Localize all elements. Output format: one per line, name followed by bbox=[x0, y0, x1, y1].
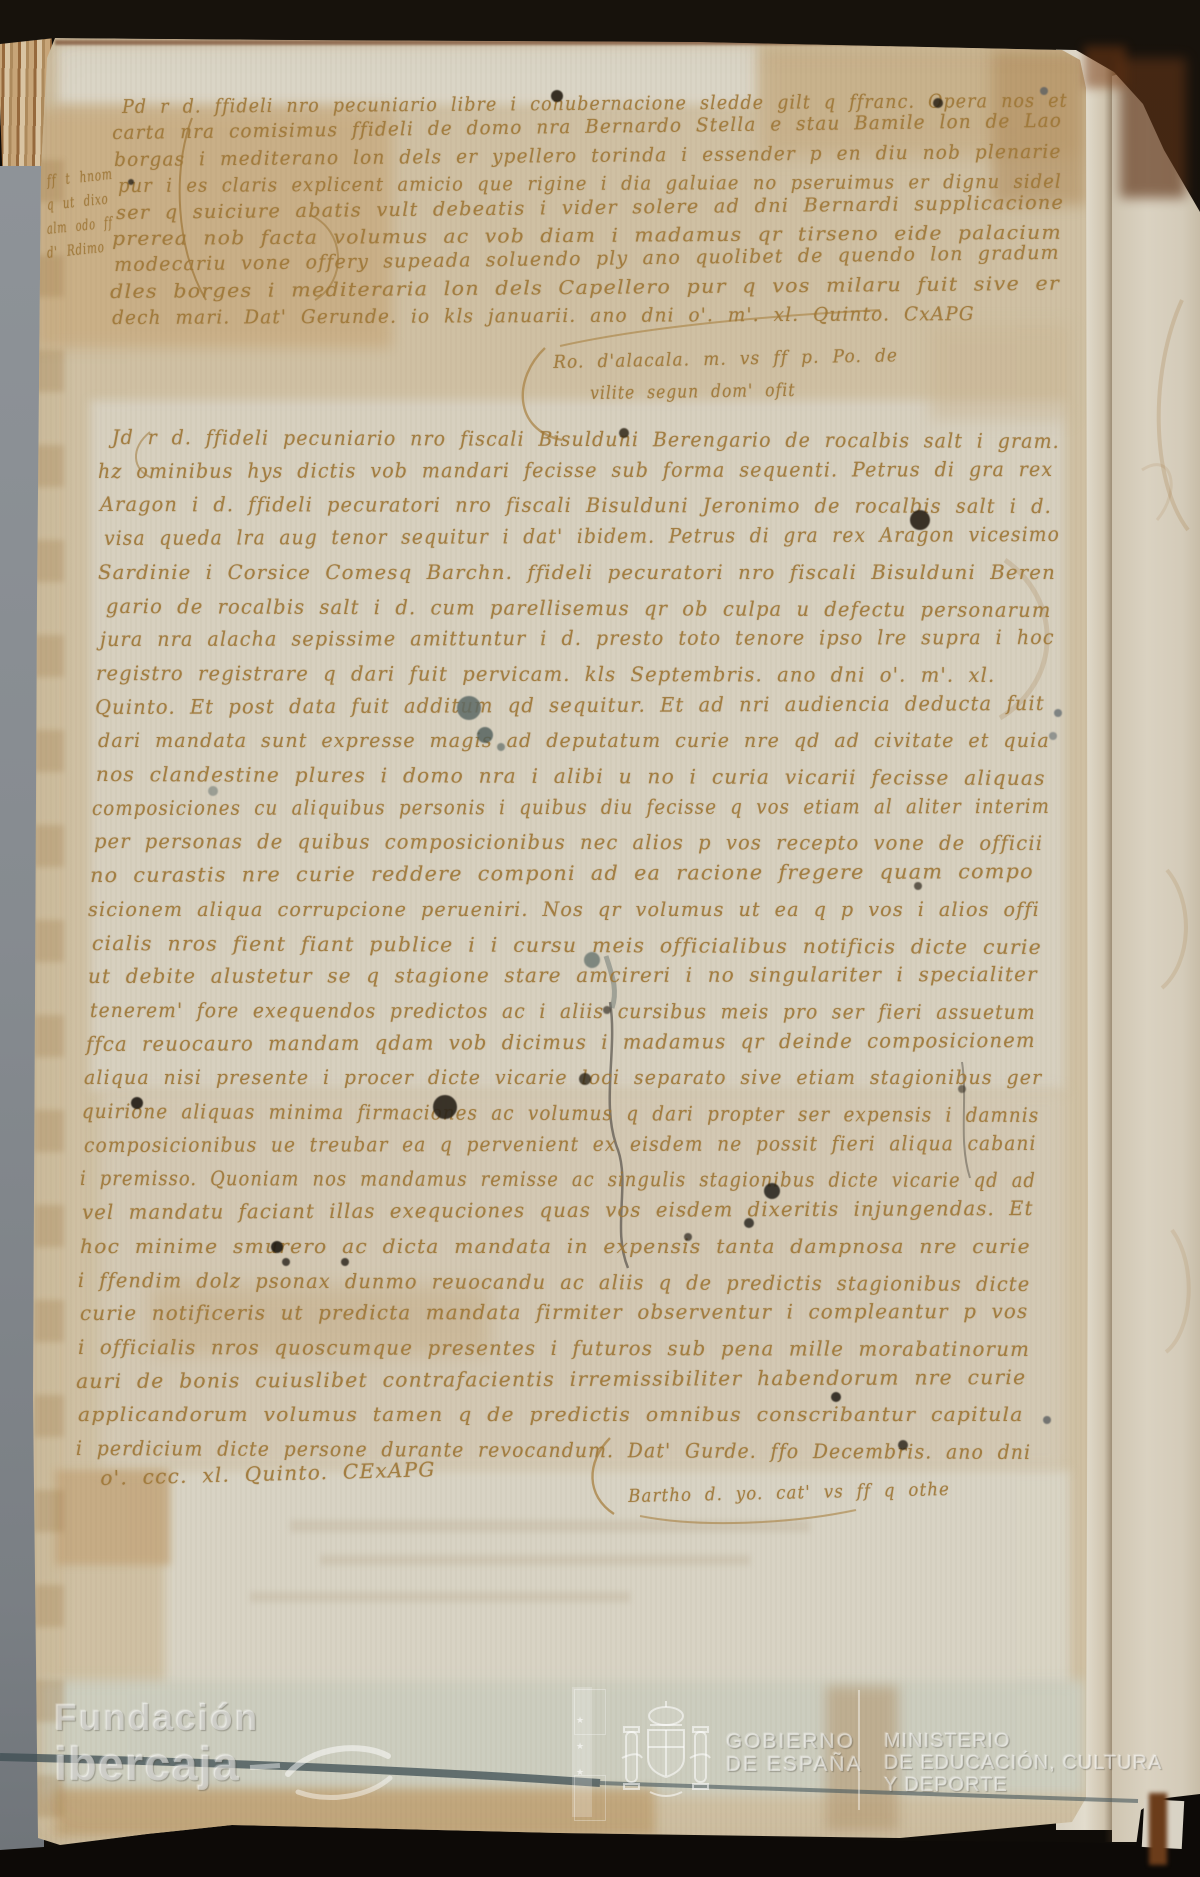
facing-page bbox=[1112, 50, 1200, 1842]
ministerio-watermark-line3: Y DEPORTE bbox=[884, 1774, 1008, 1797]
star-icon: ★ bbox=[576, 1742, 584, 1752]
ministerio-watermark-line1: MINISTERIO bbox=[884, 1730, 1011, 1753]
star-icon: ★ bbox=[576, 1768, 584, 1778]
ibercaja-watermark-line2: ibercaja bbox=[54, 1736, 240, 1791]
ministerio-watermark-line2: DE EDUCACIÓN, CULTURA bbox=[884, 1752, 1162, 1775]
logo-ribbon-box-bottom bbox=[574, 1775, 606, 1821]
gobierno-watermark-line1: GOBIERNO bbox=[726, 1730, 855, 1754]
spain-coat-of-arms-icon bbox=[620, 1700, 712, 1800]
page-edge-vignette bbox=[0, 0, 1200, 1877]
facing-page-showthrough-marks bbox=[1112, 50, 1200, 1842]
star-icon: ★ bbox=[576, 1716, 584, 1726]
binding-edge-bottomright bbox=[1149, 1793, 1167, 1865]
gobierno-watermark-line2: DE ESPAÑA bbox=[726, 1753, 863, 1777]
burn-smudge-topright bbox=[1120, 58, 1186, 198]
manuscript-page: ff t hnomq ut dixoalm odo ffd' RdimoPd r… bbox=[0, 0, 1200, 1877]
watermark-divider-line bbox=[858, 1690, 860, 1810]
ibercaja-swoosh-icon bbox=[282, 1740, 397, 1804]
manuscript-photo-stage: ff t hnomq ut dixoalm odo ffd' RdimoPd r… bbox=[0, 0, 1200, 1877]
burn-smudge-topright bbox=[1084, 46, 1126, 88]
ibercaja-watermark-line1: Fundación bbox=[54, 1697, 259, 1739]
logo-ribbon-box-top bbox=[574, 1689, 606, 1735]
